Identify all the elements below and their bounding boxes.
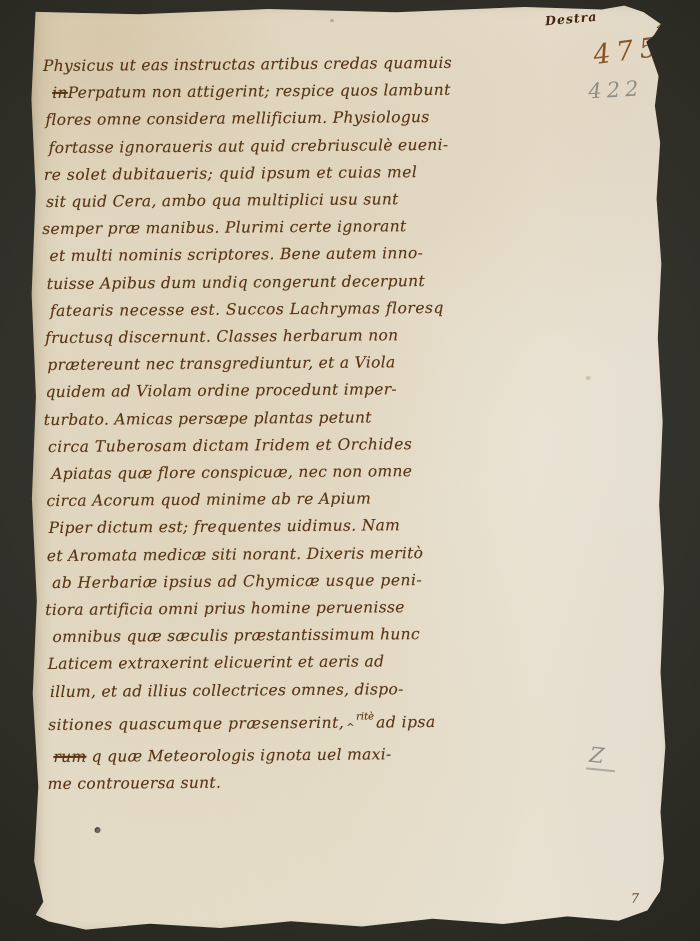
struck-word: in — [52, 84, 68, 102]
line-text: Laticem extraxerint elicuerint et aeris … — [48, 653, 385, 674]
manuscript-line: circa Tuberosam dictam Iridem et Orchide… — [48, 431, 452, 461]
manuscript-line: fructusq discernunt. Classes herbarum no… — [45, 322, 451, 352]
paper-speck — [586, 376, 591, 380]
manuscript-line: Laticem extraxerint elicuerint et aeris … — [48, 648, 454, 678]
manuscript-line: semper præ manibus. Plurimi certe ignora… — [42, 213, 450, 243]
line-text: prætereunt nec transgrediuntur, et a Vio… — [47, 354, 395, 375]
line-text: ^ — [346, 722, 355, 733]
line-text: circa Tuberosam dictam Iridem et Orchide… — [48, 435, 412, 456]
line-text: q quæ Meteorologis ignota uel maxi- — [86, 745, 391, 765]
paper-speck — [95, 827, 101, 833]
line-text: ad ipsa — [376, 713, 436, 731]
line-text: Physicus ut eas instructas artibus creda… — [43, 54, 452, 75]
line-text: et Aromata medicæ siti norant. Dixeris m… — [47, 544, 424, 565]
manuscript-page: Physicus ut eas instructas artibus creda… — [24, 4, 670, 936]
manuscript-line: me controuersa sunt. — [48, 768, 455, 798]
bottom-corner-number: 7 — [631, 892, 639, 907]
manuscript-line: tuisse Apibus dum undiq congerunt decerp… — [47, 267, 451, 297]
manuscript-line: turbato. Amicas persæpe plantas petunt — [44, 403, 452, 433]
manuscript-line: prætereunt nec transgrediuntur, et a Vio… — [47, 349, 451, 379]
manuscript-line: Piper dictum est; frequentes uidimus. Na… — [49, 512, 453, 542]
line-text: Perpatum non attigerint; respice quos la… — [68, 81, 451, 102]
paper-speck — [330, 19, 334, 22]
manuscript-line: sit quid Cera, ambo qua multiplici usu s… — [46, 186, 450, 216]
line-text: ab Herbariæ ipsius ad Chymicæ usque peni… — [52, 571, 422, 592]
manuscript-line: Physicus ut eas instructas artibus creda… — [43, 50, 449, 80]
manuscript-line: flores omne considera mellificium. Physi… — [45, 104, 449, 134]
line-text: Apiatas quæ flore conspicuæ, nec non omn… — [51, 462, 412, 483]
manuscript-line: rum q quæ Meteorologis ignota uel maxi- — [53, 741, 454, 771]
line-text: turbato. Amicas persæpe plantas petunt — [44, 408, 372, 429]
manuscript-line: illum, et ad illius collectrices omnes, … — [50, 675, 454, 705]
line-text: illum, et ad illius collectrices omnes, … — [50, 680, 404, 701]
line-text: omnibus quæ sæculis præstantissimum hunc — [52, 625, 420, 646]
manuscript-line: omnibus quæ sæculis præstantissimum hunc — [52, 621, 453, 651]
manuscript-line: tiora artificia omni prius homine peruen… — [45, 594, 453, 624]
line-text: tuisse Apibus dum undiq congerunt decerp… — [47, 272, 425, 293]
line-text: quidem ad Violam ordine procedunt imper- — [45, 381, 397, 402]
struck-word: rum — [53, 748, 86, 766]
line-text: me controuersa sunt. — [48, 774, 222, 793]
manuscript-line: re solet dubitaueris; quid ipsum et cuia… — [44, 159, 450, 189]
line-text: fructusq discernunt. Classes herbarum no… — [45, 326, 398, 347]
line-text: fatearis necesse est. Succos Lachrymas f… — [50, 299, 444, 320]
folio-number-pencil: 422 — [588, 76, 644, 103]
manuscript-line: inPerpatum non attigerint; respice quos … — [52, 77, 449, 107]
manuscript-line: circa Acorum quod minime ab re Apium — [46, 485, 452, 515]
manuscript-line: fatearis necesse est. Succos Lachrymas f… — [50, 295, 451, 325]
line-text: sit quid Cera, ambo qua multiplici usu s… — [46, 190, 399, 211]
line-text: Piper dictum est; frequentes uidimus. Na… — [49, 517, 401, 538]
scan-backdrop: Physicus ut eas instructas artibus creda… — [0, 0, 700, 941]
line-text: fortasse ignoraueris aut quid crebriuscu… — [49, 135, 449, 156]
inserted-word: ritè — [356, 711, 374, 722]
manuscript-line: quidem ad Violam ordine procedunt imper- — [45, 376, 451, 406]
line-text: sitiones quascumque præsenserint, — [48, 714, 344, 734]
line-text: re solet dubitaueris; quid ipsum et cuia… — [44, 163, 418, 184]
line-text: et multi nominis scriptores. Bene autem … — [49, 244, 423, 265]
manuscript-line: et multi nominis scriptores. Bene autem … — [49, 240, 450, 270]
corner-folio-number: 4 — [656, 17, 668, 36]
manuscript-line: ab Herbariæ ipsius ad Chymicæ usque peni… — [52, 567, 453, 597]
manuscript-text: Physicus ut eas instructas artibus creda… — [43, 50, 455, 799]
manuscript-line: et Aromata medicæ siti norant. Dixeris m… — [47, 539, 453, 569]
manuscript-line: fortasse ignoraueris aut quid crebriuscu… — [49, 131, 450, 161]
line-text: flores omne considera mellificium. Physi… — [45, 108, 429, 129]
pencil-mark-z: Z — [586, 743, 617, 773]
line-text: semper præ manibus. Plurimi certe ignora… — [42, 217, 406, 238]
manuscript-line: Apiatas quæ flore conspicuæ, nec non omn… — [51, 458, 452, 488]
folio-number-ink: 475 — [591, 32, 664, 72]
manuscript-line: sitiones quascumque præsenserint,^ritèad… — [48, 703, 454, 744]
destra-label: Destra — [544, 9, 597, 29]
line-text: circa Acorum quod minime ab re Apium — [46, 490, 371, 511]
line-text: tiora artificia omni prius homine peruen… — [45, 598, 405, 619]
